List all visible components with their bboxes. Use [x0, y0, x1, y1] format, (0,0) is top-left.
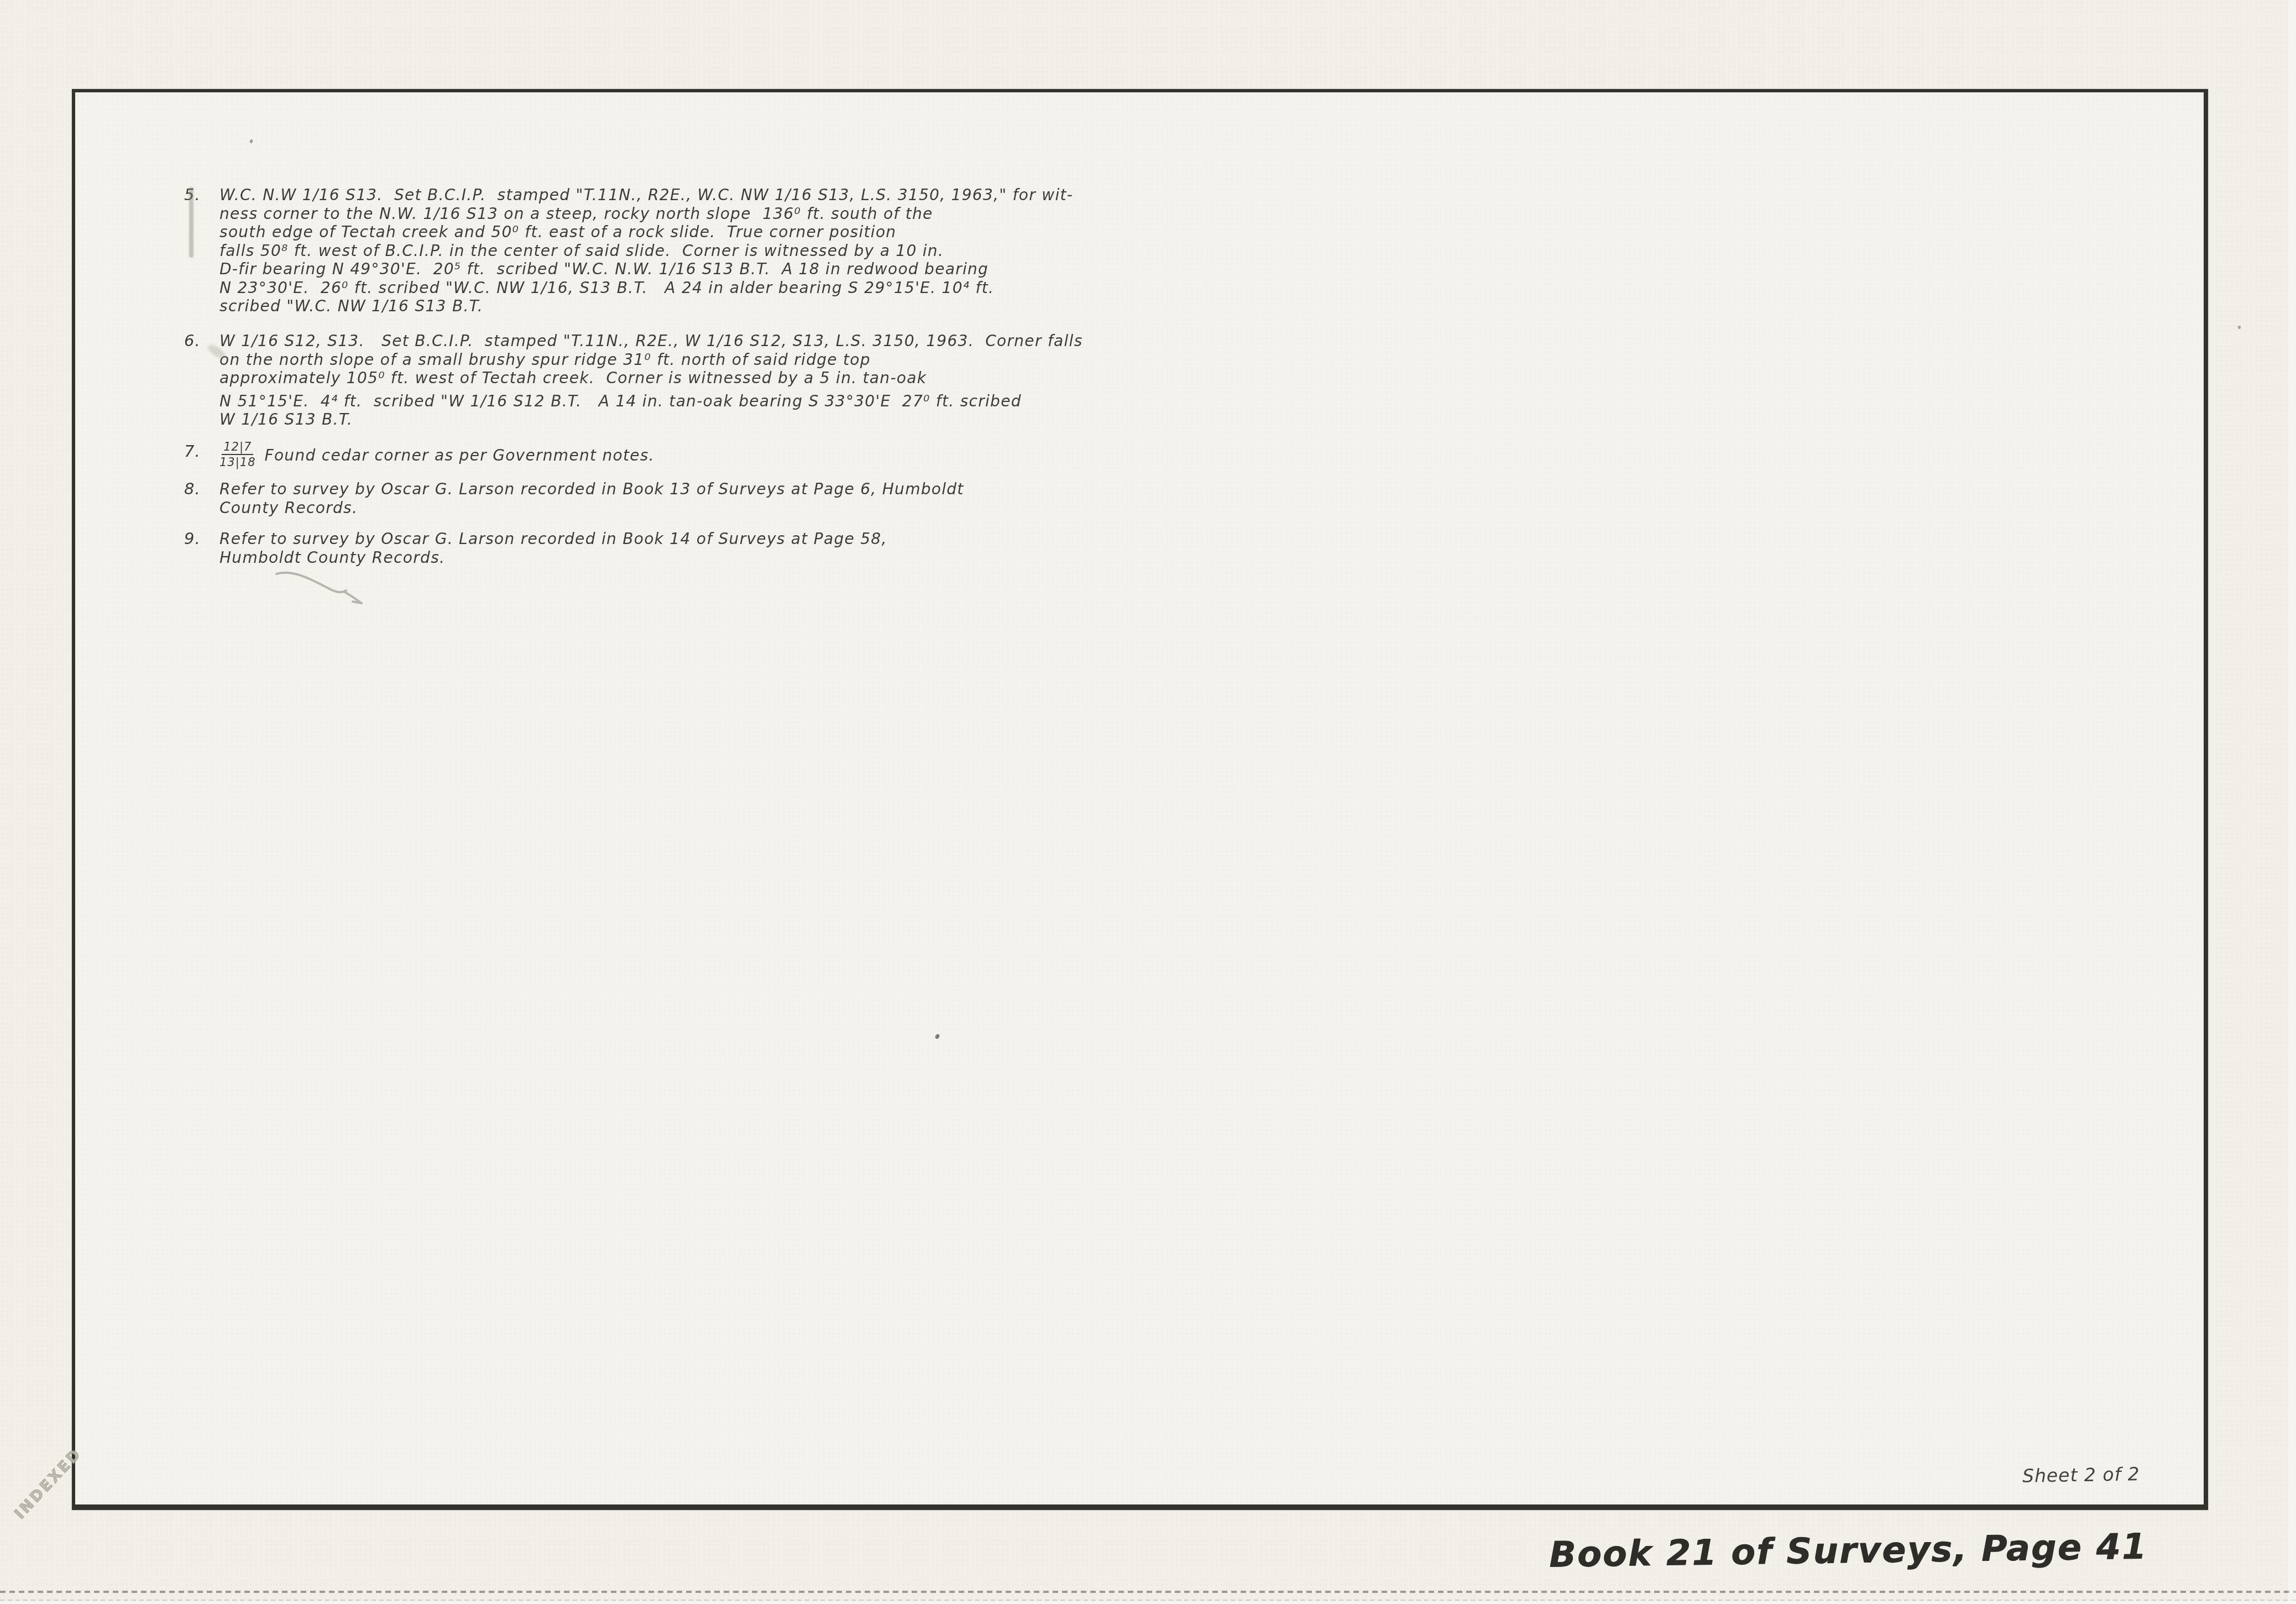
- note-text-block: Refer to survey by Oscar G. Larson recor…: [219, 530, 887, 567]
- note-line: Humboldt County Records.: [219, 548, 887, 567]
- scan-edge-dashed-line-faint: [0, 1600, 2296, 1601]
- note-line: approximately 105⁰ ft. west of Tectah cr…: [219, 369, 1083, 388]
- note-number: 9.: [184, 530, 219, 567]
- fraction-top: 12|7: [222, 440, 253, 455]
- note-text-block: W.C. N.W 1/16 S13. Set B.C.I.P. stamped …: [219, 186, 1073, 316]
- note-text-block: W 1/16 S12, S13. Set B.C.I.P. stamped "T…: [219, 332, 1083, 429]
- note-line: south edge of Tectah creek and 50⁰ ft. e…: [219, 223, 1073, 242]
- survey-note-8: 8. Refer to survey by Oscar G. Larson re…: [184, 480, 964, 517]
- fraction-bottom: 13|18: [219, 455, 256, 469]
- note-line: N 51°15'E. 4⁴ ft. scribed "W 1/16 S12 B.…: [219, 392, 1083, 411]
- note-line: falls 50⁸ ft. west of B.C.I.P. in the ce…: [219, 242, 1073, 260]
- note-number: 7.: [184, 442, 219, 469]
- survey-note-7: 7. 12|7 13|18 Found cedar corner as per …: [184, 442, 655, 469]
- note-text-block: 12|7 13|18 Found cedar corner as per Gov…: [219, 442, 655, 469]
- scan-edge-dashed-line: [0, 1591, 2296, 1593]
- survey-note-9: 9. Refer to survey by Oscar G. Larson re…: [184, 530, 887, 567]
- note-line: County Records.: [219, 499, 964, 518]
- book-page-title: Book 21 of Surveys, Page 41: [1549, 1526, 2148, 1575]
- scan-speck: [2238, 326, 2241, 329]
- note-line: scribed "W.C. NW 1/16 S13 B.T.: [219, 297, 1073, 316]
- note-line: on the north slope of a small brushy spu…: [219, 351, 1083, 369]
- note-line: Refer to survey by Oscar G. Larson recor…: [219, 530, 887, 548]
- note-line: D-fir bearing N 49°30'E. 20⁵ ft. scribed…: [219, 260, 1073, 279]
- pencil-smudge-vertical: [189, 187, 193, 258]
- scanned-survey-page: 5. W.C. N.W 1/16 S13. Set B.C.I.P. stamp…: [0, 0, 2296, 1604]
- note-line: Found cedar corner as per Government not…: [265, 446, 655, 465]
- note-line: N 23°30'E. 26⁰ ft. scribed "W.C. NW 1/16…: [219, 279, 1073, 297]
- survey-note-6: 6. W 1/16 S12, S13. Set B.C.I.P. stamped…: [184, 332, 1083, 429]
- section-corner-fraction: 12|7 13|18: [219, 440, 256, 469]
- note-line: ness corner to the N.W. 1/16 S13 on a st…: [219, 205, 1073, 223]
- note-line: W.C. N.W 1/16 S13. Set B.C.I.P. stamped …: [219, 186, 1073, 205]
- note-line: W 1/16 S12, S13. Set B.C.I.P. stamped "T…: [219, 332, 1083, 351]
- sheet-number-label: Sheet 2 of 2: [2022, 1464, 2140, 1486]
- survey-note-5: 5. W.C. N.W 1/16 S13. Set B.C.I.P. stamp…: [184, 186, 1073, 316]
- scan-edge-bottom: [0, 1601, 2296, 1604]
- scan-edge-right: [2288, 0, 2296, 1604]
- note-text-block: Refer to survey by Oscar G. Larson recor…: [219, 480, 964, 517]
- note-line: Refer to survey by Oscar G. Larson recor…: [219, 480, 964, 499]
- note-number: 8.: [184, 480, 219, 517]
- note-line: W 1/16 S13 B.T.: [219, 410, 1083, 429]
- pencil-squiggle: [272, 568, 366, 607]
